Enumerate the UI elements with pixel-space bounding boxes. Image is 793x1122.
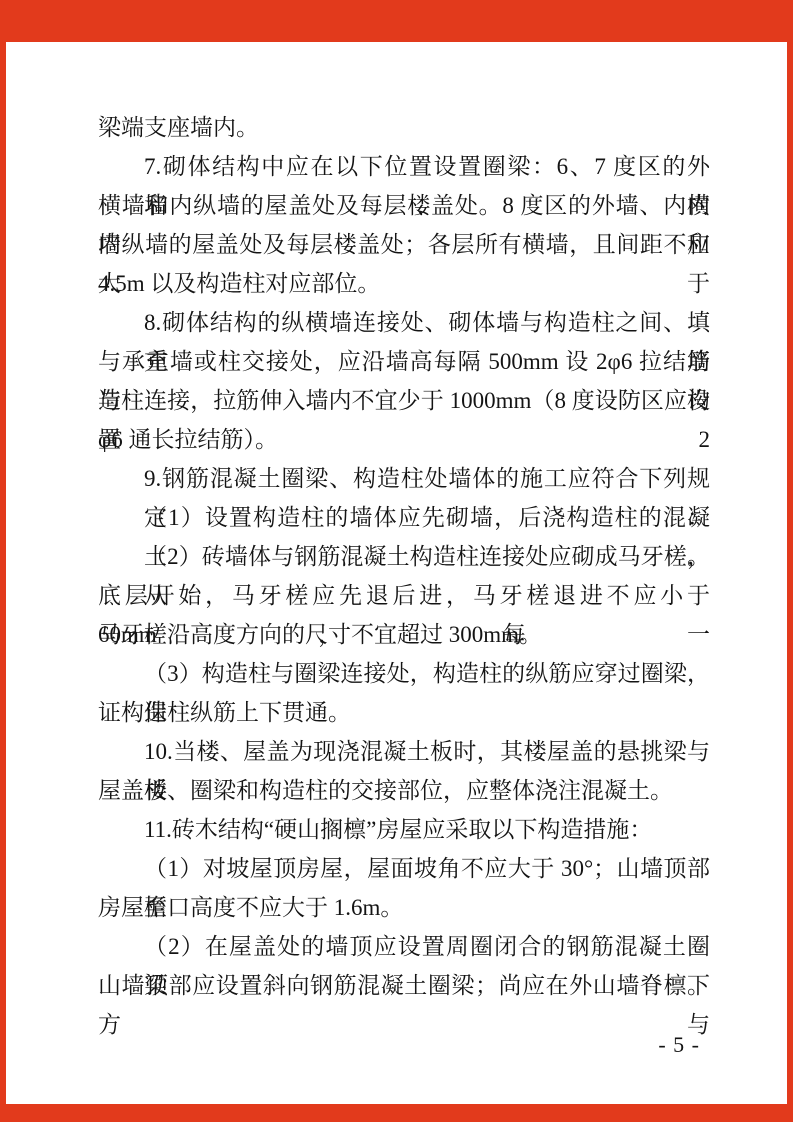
red-margin-top: [0, 0, 793, 42]
red-margin-right: [787, 0, 793, 1122]
text-line: （2）在屋盖处的墙顶应设置周圈闭合的钢筋混凝土圈梁。: [98, 927, 710, 966]
text-line: 内纵墙的屋盖处及每层楼盖处；各层所有横墙，且间距不应大于: [98, 225, 710, 264]
text-line: 造柱连接，拉筋伸入墙内不宜少于 1000mm（8 度设防区应设置 2: [98, 381, 710, 420]
text-line: 梁端支座墙内。: [98, 108, 710, 147]
text-line: 横墙和内纵墙的屋盖处及每层楼盖处。8 度区的外墙、内横墙和: [98, 186, 710, 225]
page-background: 梁端支座墙内。7.砌体结构中应在以下位置设置圈梁：6、7 度区的外墙、内横墙和内…: [0, 0, 793, 1122]
document-text-block: 梁端支座墙内。7.砌体结构中应在以下位置设置圈梁：6、7 度区的外墙、内横墙和内…: [98, 108, 710, 1005]
text-line: 8.砌体结构的纵横墙连接处、砌体墙与构造柱之间、填充墙: [98, 303, 710, 342]
document-page: 梁端支座墙内。7.砌体结构中应在以下位置设置圈梁：6、7 度区的外墙、内横墙和内…: [6, 42, 787, 1104]
text-line: 7.砌体结构中应在以下位置设置圈梁：6、7 度区的外墙、内: [98, 147, 710, 186]
screenshot-root: { "page": { "frame_color": "#e23a1c", "p…: [0, 0, 793, 1122]
text-line: （1）设置构造柱的墙体应先砌墙，后浇构造柱的混凝土。: [98, 498, 710, 537]
text-line: 9.钢筋混凝土圈梁、构造柱处墙体的施工应符合下列规定：: [98, 459, 710, 498]
text-line: （3）构造柱与圈梁连接处，构造柱的纵筋应穿过圈梁，保: [98, 654, 710, 693]
text-line: 与承重墙或柱交接处，应沿墙高每隔 500mm 设 2φ6 拉结筋与构: [98, 342, 710, 381]
red-margin-bottom: [0, 1104, 793, 1122]
text-line: 山墙顶部应设置斜向钢筋混凝土圈梁；尚应在外山墙脊檩下方与: [98, 966, 710, 1005]
text-line: 底层开始，马牙槎应先退后进，马牙槎退进不应小于 60mm，每一: [98, 576, 710, 615]
page-number: - 5 -: [658, 1030, 700, 1060]
text-line: 10.当楼、屋盖为现浇混凝土板时，其楼屋盖的悬挑梁与楼: [98, 732, 710, 771]
text-line: 证构造柱纵筋上下贯通。: [98, 693, 710, 732]
text-line: 房屋檐口高度不应大于 1.6m。: [98, 888, 710, 927]
text-line: 屋盖板、圈梁和构造柱的交接部位，应整体浇注混凝土。: [98, 771, 710, 810]
text-line: 11.砖木结构“硬山搁檩”房屋应采取以下构造措施：: [98, 810, 710, 849]
text-line: （1）对坡屋顶房屋，屋面坡角不应大于 30°；山墙顶部至: [98, 849, 710, 888]
text-line: （2）砖墙体与钢筋混凝土构造柱连接处应砌成马牙槎，从: [98, 537, 710, 576]
